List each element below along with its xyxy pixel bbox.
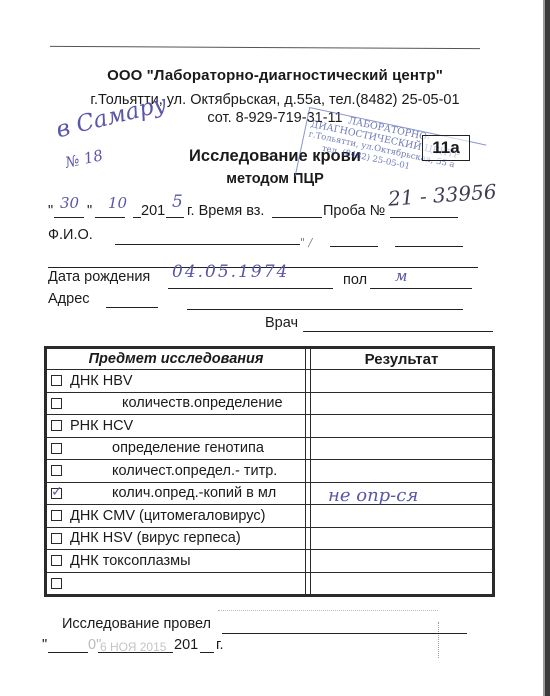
table-row: ДНК CMV (цитомегаловирус) bbox=[46, 505, 494, 528]
address-field-2[interactable] bbox=[187, 309, 463, 310]
handwritten-result: не опр-ся bbox=[328, 485, 418, 506]
top-rule bbox=[50, 46, 480, 49]
performed-by-label: Исследование провел bbox=[62, 616, 211, 632]
footer-day-field[interactable] bbox=[48, 652, 88, 653]
footer-year-prefix: 201 bbox=[174, 637, 198, 653]
month-field-line bbox=[95, 217, 125, 218]
result-cell[interactable] bbox=[311, 437, 494, 460]
table-row: ДНК HSV (вирус герпеса) bbox=[46, 527, 494, 550]
date-month-value[interactable]: 10 bbox=[108, 194, 127, 212]
subject-label: ДНК HBV bbox=[70, 373, 133, 389]
result-cell[interactable] bbox=[311, 572, 494, 596]
checkbox[interactable] bbox=[51, 533, 62, 544]
form-number-box: 11а bbox=[422, 135, 470, 161]
results-table: Предмет исследования Результат ДНК HBVко… bbox=[44, 346, 495, 597]
table-row: количеств.определение bbox=[46, 392, 494, 415]
date-open-quote: " bbox=[48, 203, 53, 219]
subject-cell bbox=[46, 572, 306, 596]
result-cell[interactable] bbox=[311, 392, 494, 415]
footer-year-suffix: г. bbox=[216, 637, 224, 653]
fio-field-name[interactable] bbox=[330, 246, 378, 247]
performed-by-field[interactable] bbox=[222, 633, 467, 634]
checkbox[interactable] bbox=[51, 510, 62, 521]
checkbox[interactable] bbox=[51, 555, 62, 566]
subject-label: количест.определ.- титр. bbox=[70, 463, 277, 479]
table-row: ДНК HBV bbox=[46, 370, 494, 393]
subject-cell: ДНК CMV (цитомегаловирус) bbox=[46, 505, 306, 528]
result-cell[interactable] bbox=[311, 370, 494, 393]
sample-number-label: Проба № bbox=[323, 203, 385, 219]
address-field-1[interactable] bbox=[106, 307, 158, 308]
collection-time-field[interactable] bbox=[272, 217, 322, 218]
subject-label: РНК HCV bbox=[70, 418, 133, 434]
organization-name: ООО "Лабораторно-диагностический центр" bbox=[0, 67, 550, 84]
column-header-result: Результат bbox=[311, 348, 494, 370]
subject-label: ДНК HSV (вирус герпеса) bbox=[70, 530, 241, 546]
column-header-subject: Предмет исследования bbox=[46, 348, 306, 370]
doctor-label: Врач bbox=[265, 315, 298, 331]
fio-field-surname[interactable] bbox=[115, 244, 300, 245]
subject-cell: ДНК токсоплазмы bbox=[46, 550, 306, 573]
sex-label: пол bbox=[343, 272, 367, 288]
date-close-quote: " bbox=[87, 203, 92, 219]
result-cell[interactable] bbox=[311, 550, 494, 573]
checkbox[interactable] bbox=[51, 578, 62, 589]
date-day-value[interactable]: 30 bbox=[60, 194, 79, 212]
dob-value[interactable]: 04.05.1974 bbox=[172, 262, 289, 282]
subject-cell: РНК HCV bbox=[46, 415, 306, 438]
table-row: РНК HCV bbox=[46, 415, 494, 438]
footer-date-open-quote: " bbox=[42, 637, 47, 653]
result-cell[interactable] bbox=[311, 505, 494, 528]
year-field-line bbox=[166, 217, 184, 218]
collection-time-label: г. Время вз. bbox=[187, 203, 264, 219]
subject-cell: колич.опред.-копий в мл bbox=[46, 482, 306, 505]
footer-year-field[interactable] bbox=[200, 652, 214, 653]
subject-cell: ДНК HBV bbox=[46, 370, 306, 393]
footer-month-field[interactable] bbox=[98, 652, 173, 653]
subject-label: определение генотипа bbox=[70, 440, 264, 456]
year-prefix: 201 bbox=[141, 203, 165, 219]
subject-cell: количест.определ.- титр. bbox=[46, 460, 306, 483]
checkbox[interactable] bbox=[51, 465, 62, 476]
checkbox[interactable] bbox=[51, 443, 62, 454]
faint-stamp-border bbox=[218, 610, 438, 611]
subject-cell: количеств.определение bbox=[46, 392, 306, 415]
sex-field[interactable] bbox=[370, 288, 472, 289]
table-row: колич.опред.-копий в мл bbox=[46, 482, 494, 505]
subject-cell: ДНК HSV (вирус герпеса) bbox=[46, 527, 306, 550]
address-label: Адрес bbox=[48, 291, 90, 307]
fio-field-patronymic[interactable] bbox=[395, 246, 463, 247]
dob-field[interactable] bbox=[168, 288, 333, 289]
table-row: ДНК токсоплазмы bbox=[46, 550, 494, 573]
sex-value[interactable]: м bbox=[395, 267, 407, 285]
subject-label: ДНК CMV (цитомегаловирус) bbox=[70, 508, 265, 524]
date-year-value[interactable]: 5 bbox=[172, 192, 183, 212]
subject-cell: определение генотипа bbox=[46, 437, 306, 460]
checkbox[interactable] bbox=[51, 375, 62, 386]
checkbox[interactable] bbox=[51, 488, 62, 499]
result-cell[interactable] bbox=[311, 527, 494, 550]
faint-stamp-border bbox=[438, 622, 439, 658]
day-field-line bbox=[54, 217, 84, 218]
subject-label: ДНК токсоплазмы bbox=[70, 553, 191, 569]
doctor-field[interactable] bbox=[303, 331, 493, 332]
sample-number-field[interactable] bbox=[390, 217, 458, 218]
fio-label: Ф.И.О. bbox=[48, 227, 93, 243]
checkbox[interactable] bbox=[51, 420, 62, 431]
organization-address: г.Тольятти, ул. Октябрьская, д.55а, тел.… bbox=[0, 92, 550, 108]
dob-label: Дата рождения bbox=[48, 269, 150, 285]
checkbox[interactable] bbox=[51, 398, 62, 409]
date-dash bbox=[133, 217, 141, 218]
table-header-row: Предмет исследования Результат bbox=[46, 348, 494, 370]
result-cell[interactable] bbox=[311, 460, 494, 483]
table-row: количест.определ.- титр. bbox=[46, 460, 494, 483]
table-row bbox=[46, 572, 494, 596]
subject-label: количеств.определение bbox=[70, 395, 283, 411]
table-row: определение генотипа bbox=[46, 437, 494, 460]
result-cell[interactable] bbox=[311, 415, 494, 438]
handwritten-mark: " / bbox=[300, 236, 312, 249]
subject-label: колич.опред.-копий в мл bbox=[70, 485, 276, 501]
